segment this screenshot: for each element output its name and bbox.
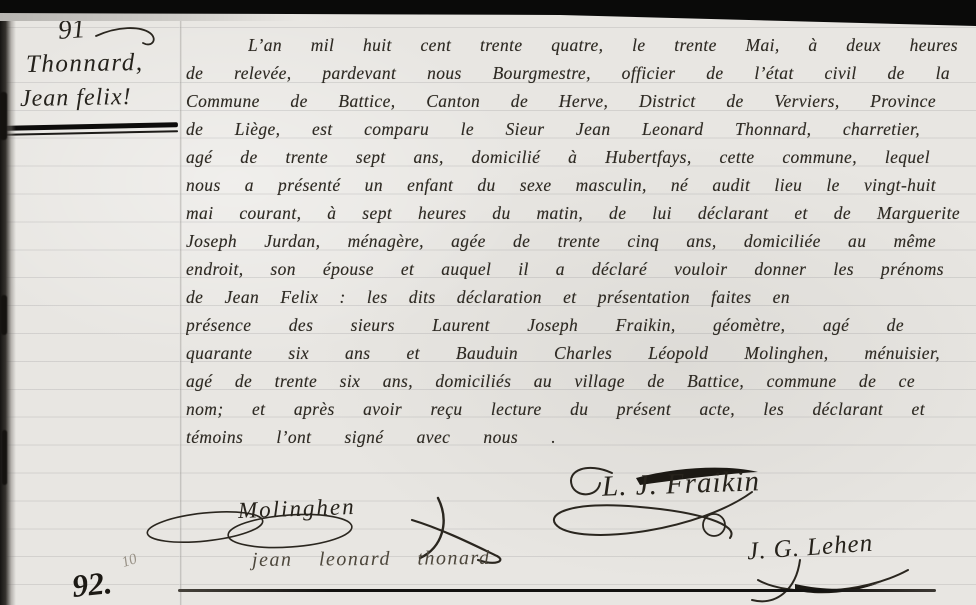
act-line: Commune de Battice, Canton de Herve, Dis…	[186, 90, 936, 114]
act-line: agé de trente six ans, domiciliés au vil…	[186, 370, 915, 394]
act-line: L’an mil huit cent trente quatre, le tre…	[248, 34, 958, 58]
register-page: 91 Thonnard, Jean felix! L’an mil huit c…	[0, 0, 976, 605]
act-line: quarante six ans et Bauduin Charles Léop…	[186, 342, 940, 366]
act-line: témoins l’ont signé avec nous .	[186, 426, 556, 450]
column-divider	[179, 14, 182, 605]
signature-witness-fraikin: L. J. Fraikin	[601, 465, 760, 503]
act-line: agé de trente sept ans, domicilié à Hube…	[186, 146, 930, 170]
act-line: Joseph Jurdan, ménagère, agée de trente …	[186, 230, 936, 254]
act-line: de Jean Felix : les dits déclaration et …	[186, 286, 790, 310]
binding-ink-mark	[2, 430, 7, 485]
act-line: nom; et après avoir reçu lecture du prés…	[186, 398, 925, 422]
act-line: de Liège, est comparu le Sieur Jean Leon…	[186, 118, 920, 142]
margin-name-surname: Thonnard,	[26, 49, 144, 79]
act-line: endroit, son épouse et auquel il a décla…	[186, 258, 944, 282]
signature-witness-molinghen: Molinghen	[238, 494, 356, 524]
act-line: de relevée, pardevant nous Bourgmestre, …	[186, 62, 950, 86]
page-edge-highlight	[0, 13, 300, 21]
binding-ink-mark	[0, 92, 7, 140]
act-line: nous a présenté un enfant du sexe mascul…	[186, 174, 936, 198]
next-entry-divider	[178, 589, 936, 592]
next-entry-number: 92.	[70, 564, 114, 605]
act-line: présence des sieurs Laurent Joseph Fraik…	[186, 314, 904, 338]
act-line: mai courant, à sept heures du matin, de …	[186, 202, 960, 226]
margin-name-given: Jean felix!	[20, 84, 132, 113]
binding-ink-mark	[1, 295, 7, 335]
signature-declarant-thonnard: jean leonard thonard	[252, 547, 491, 572]
